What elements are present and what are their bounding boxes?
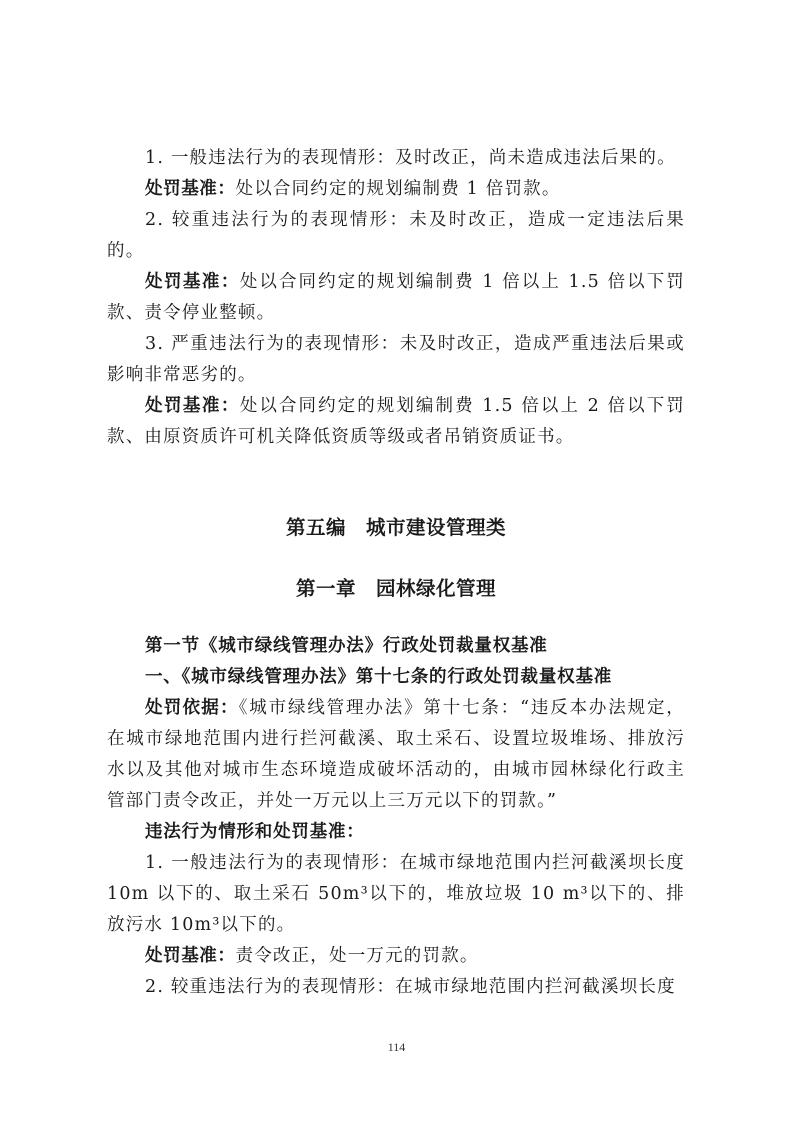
- criteria-heading: 违法行为情形和处罚基准：: [107, 817, 685, 848]
- paragraph: 处罚基准：责令改正，处一万元的罚款。: [107, 941, 685, 972]
- penalty-label: 处罚基准：: [145, 179, 236, 199]
- basis-label: 处罚依据：: [145, 698, 239, 718]
- case-label: 1. 一般违法行为的表现情形：: [145, 853, 400, 873]
- case-label: 3. 严重违法行为的表现情形：: [145, 334, 400, 354]
- part-title: 第五编 城市建设管理类: [107, 512, 685, 540]
- penalty-text: 责令改正，处一万元的罚款。: [236, 946, 479, 966]
- paragraph: 2. 较重违法行为的表现情形：在城市绿地范围内拦河截溪坝长度: [107, 972, 685, 1003]
- penalty-label: 处罚基准：: [145, 946, 236, 966]
- paragraph: 3. 严重违法行为的表现情形：未及时改正，造成严重违法后果或影响非常恶劣的。: [107, 329, 685, 391]
- paragraph: 1. 一般违法行为的表现情形：及时改正，尚未造成违法后果的。: [107, 143, 685, 174]
- case-label: 2. 较重违法行为的表现情形：: [145, 977, 395, 997]
- paragraph: 处罚基准：处以合同约定的规划编制费 1 倍以上 1.5 倍以下罚款、责令停业整顿…: [107, 267, 685, 329]
- penalty-text: 处以合同约定的规划编制费 1 倍罚款。: [236, 179, 561, 199]
- paragraph: 处罚基准：处以合同约定的规划编制费 1.5 倍以上 2 倍以下罚款、由原资质许可…: [107, 391, 685, 453]
- section-title: 第一节《城市绿线管理办法》行政处罚裁量权基准: [107, 631, 685, 662]
- document-page: 1. 一般违法行为的表现情形：及时改正，尚未造成违法后果的。 处罚基准：处以合同…: [107, 143, 685, 1003]
- penalty-label: 处罚基准：: [145, 272, 240, 292]
- paragraph: 1. 一般违法行为的表现情形：在城市绿地范围内拦河截溪坝长度 10m 以下的、取…: [107, 848, 685, 941]
- chapter-title: 第一章 园林绿化管理: [107, 573, 685, 601]
- page-number: 114: [0, 1040, 793, 1055]
- penalty-label: 处罚基准：: [145, 396, 240, 416]
- paragraph: 处罚基准：处以合同约定的规划编制费 1 倍罚款。: [107, 174, 685, 205]
- case-text: 及时改正，尚未造成违法后果的。: [395, 148, 676, 168]
- paragraph: 2. 较重违法行为的表现情形：未及时改正，造成一定违法后果的。: [107, 205, 685, 267]
- basis-paragraph: 处罚依据：《城市绿线管理办法》第十七条：“违反本办法规定，在城市绿地范围内进行拦…: [107, 693, 685, 817]
- case-text: 在城市绿地范围内拦河截溪坝长度: [395, 977, 676, 997]
- article-title: 一、《城市绿线管理办法》第十七条的行政处罚裁量权基准: [107, 662, 685, 693]
- case-label: 2. 较重违法行为的表现情形：: [145, 210, 409, 230]
- case-label: 1. 一般违法行为的表现情形：: [145, 148, 395, 168]
